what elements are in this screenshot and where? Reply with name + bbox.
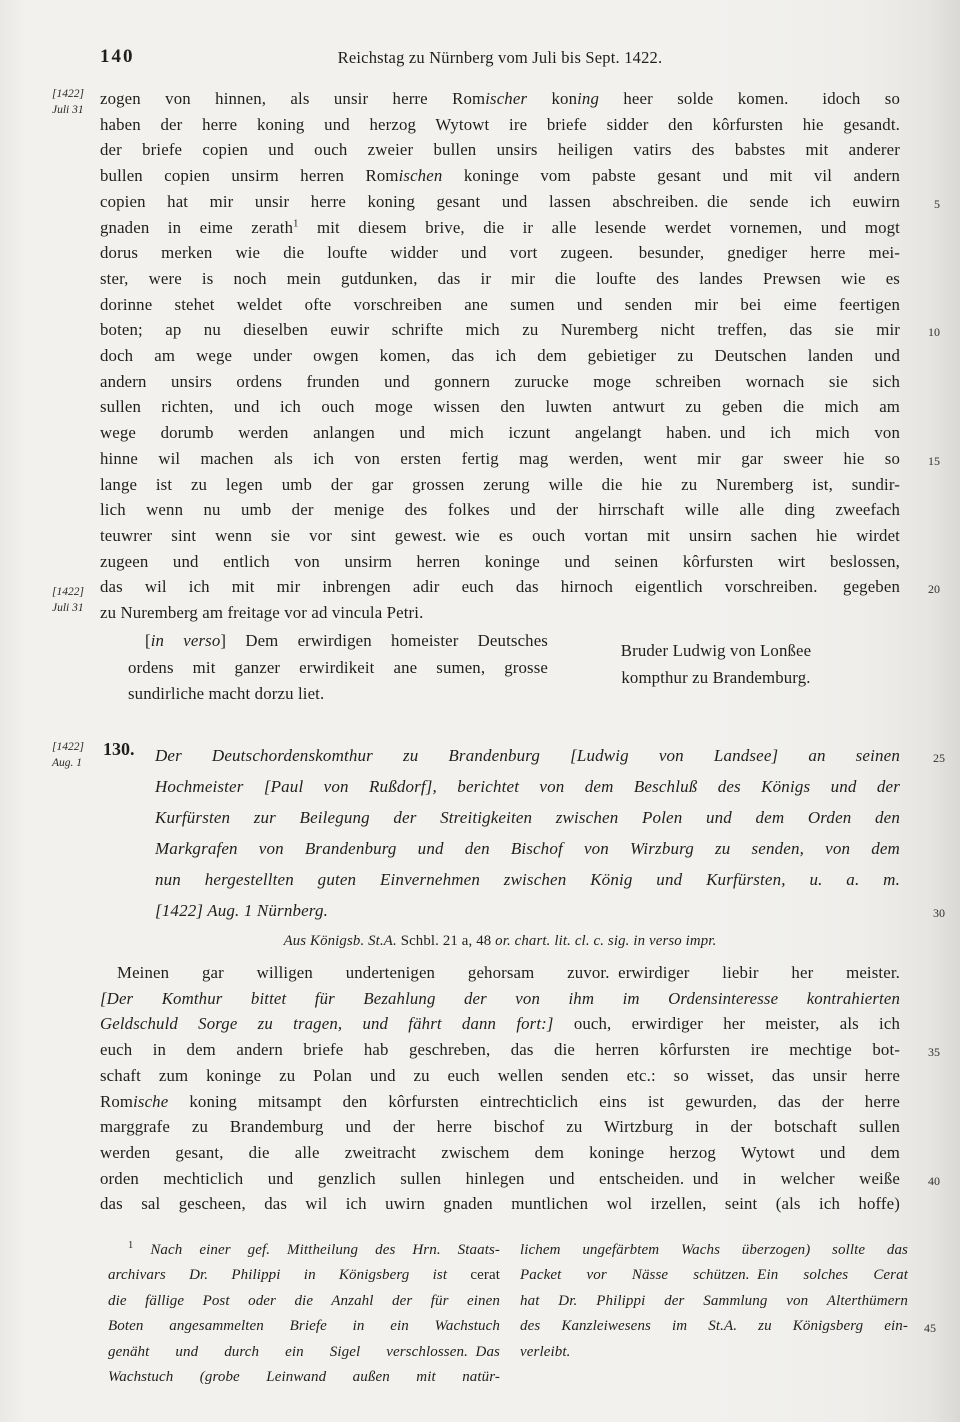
text-line: verleibt. <box>520 1340 908 1365</box>
margin-day: Aug. 1 <box>52 757 82 769</box>
text-line: das wil ich mit mir inbrengen adir euch … <box>100 574 900 600</box>
line-number: 45 <box>924 1316 936 1341</box>
document-number: 130. <box>103 739 135 760</box>
line-number: 40 <box>928 1169 940 1195</box>
text-line: wege dorumb werden anlangen und mich icz… <box>100 420 900 446</box>
line-number: 35 <box>928 1040 940 1066</box>
text-line: Meinen gar willigen undertenigen gehorsa… <box>100 960 900 986</box>
letter130-body: Meinen gar willigen undertenigen gehorsa… <box>100 960 900 1217</box>
text-line: dorinne stehet weldet ofte vorschreiben … <box>100 292 900 318</box>
text-line: das sal gescheen, das wil ich uwirn gnad… <box>100 1191 900 1217</box>
margin-year: [1422] <box>52 584 132 600</box>
text-line: teuwrer sint wenn sie vor sint gewest. w… <box>100 523 900 549</box>
text-line: genäht und durch ein Sigel verschlossen.… <box>108 1340 500 1365</box>
text-line: gnaden in eime zerath1 mit diesem brive,… <box>100 215 900 241</box>
line-number: 20 <box>928 577 940 603</box>
margin-day: Juli 31 <box>52 104 84 116</box>
text-line: marggrafe zu Brandemburg und der herre b… <box>100 1114 900 1140</box>
text-line: archivars Dr. Philippi in Königsberg ist… <box>108 1263 500 1288</box>
text-line: des Kanzleiwesens im St.A. zu Königsberg… <box>520 1314 908 1339</box>
text-line: 1 Nach einer gef. Mittheilung des Hrn. S… <box>108 1238 500 1263</box>
text-line: Bruder Ludwig von Lonßee <box>585 637 847 664</box>
text-line: doch am wege under owgen komen, das ich … <box>100 343 900 369</box>
text-line: euch in dem andern briefe hab geschreben… <box>100 1037 900 1063</box>
source-note: Aus Königsb. St.A. Schbl. 21 a, 48 or. c… <box>100 930 900 952</box>
text-line: Kurfürsten zur Beilegung der Streitigkei… <box>155 802 900 833</box>
text-line: zugeen und entlich von unsirm herren kon… <box>100 549 900 575</box>
line-number: 30 <box>933 898 945 929</box>
text-line: sullen richten, und ich ouch moge wissen… <box>100 394 900 420</box>
verso-address: [in verso] Dem erwirdigen homeister Deut… <box>128 628 548 708</box>
text-line: schaft zum koninge zu Polan und zu euch … <box>100 1063 900 1089</box>
text-line: haben der herre koning und herzog Wytowt… <box>100 112 900 138</box>
text-line: ordens mit ganzer erwirdikeit ane sumen,… <box>128 655 548 682</box>
text-line: orden mechticlich und genzlich sullen hi… <box>100 1166 900 1192</box>
text-line: sundirliche macht dorzu liet. <box>128 681 548 708</box>
line-number: 15 <box>928 449 940 475</box>
text-line: Boten angesammelten Briefe in ein Wachst… <box>108 1314 500 1339</box>
running-title: Reichstag zu Nürnberg vom Juli bis Sept.… <box>100 48 900 68</box>
text-line: hinne wil machen als ich von ersten fert… <box>100 446 900 472</box>
text-line: [1422] Aug. 1 Nürnberg.30 <box>155 895 900 926</box>
footnote-right-column: lichem ungefärbtem Wachs überzogen) soll… <box>520 1238 908 1365</box>
text-line: der briefe copien und ouch zweier bullen… <box>100 137 900 163</box>
letter129-body: zogen von hinnen, als unsir herre Romisc… <box>100 86 900 626</box>
text-line: Markgrafen von Brandenburg und den Bisch… <box>155 833 900 864</box>
text-line: ster, were is noch mein gutdunken, das i… <box>100 266 900 292</box>
text-line: Packet vor Nässe schützen. Ein solches C… <box>520 1263 908 1288</box>
text-line: [Der Komthur bittet für Bezahlung der vo… <box>100 986 900 1012</box>
text-line: nun hergestellten guten Einvernehmen zwi… <box>155 864 900 895</box>
text-line: [in verso] Dem erwirdigen homeister Deut… <box>128 628 548 655</box>
text-line: Hochmeister [Paul von Rußdorf], berichte… <box>155 771 900 802</box>
line-number: 5 <box>934 192 940 218</box>
sender-signature: Bruder Ludwig von Lonßeekompthur zu Bran… <box>585 637 847 691</box>
text-line: Wachstuch (grobe Leinwand außen mit natü… <box>108 1365 500 1390</box>
text-line: dorus merken wie die loufte widder und v… <box>100 240 900 266</box>
text-line: kompthur zu Brandemburg. <box>585 664 847 691</box>
scanned-book-page: 140 Reichstag zu Nürnberg vom Juli bis S… <box>0 0 960 1422</box>
margin-date-dateline: [1422] Juli 31 <box>52 584 132 616</box>
text-line: boten; ap nu dieselben euwir schrifte mi… <box>100 317 900 343</box>
text-line: hat Dr. Philippi der Sammlung von Altert… <box>520 1289 908 1314</box>
text-line: lichem ungefärbtem Wachs überzogen) soll… <box>520 1238 908 1263</box>
text-line: Geldschuld Sorge zu tragen, und fährt da… <box>100 1011 900 1037</box>
text-line: die fällige Post oder die Anzahl der für… <box>108 1289 500 1314</box>
text-line: Romische koning mitsampt den kôrfursten … <box>100 1089 900 1115</box>
margin-day: Juli 31 <box>52 602 84 614</box>
line-number: 10 <box>928 320 940 346</box>
text-line: Aus Königsb. St.A. Schbl. 21 a, 48 or. c… <box>100 930 900 952</box>
line-number: 25 <box>933 743 945 774</box>
text-line: Der Deutschordenskomthur zu Brandenburg … <box>155 740 900 771</box>
footnote-left-column: 1 Nach einer gef. Mittheilung des Hrn. S… <box>108 1238 500 1390</box>
text-line: zogen von hinnen, als unsir herre Romisc… <box>100 86 900 112</box>
text-line: bullen copien unsirm herren Romischen ko… <box>100 163 900 189</box>
text-line: lange ist zu legen umb der gar grossen z… <box>100 472 900 498</box>
text-line: zu Nuremberg am freitage vor ad vincula … <box>100 600 900 626</box>
regest-heading: Der Deutschordenskomthur zu Brandenburg … <box>155 740 900 926</box>
text-line: andern unsirs ordens frunden und gonnern… <box>100 369 900 395</box>
text-line: lich wenn nu umb der menige des folkes u… <box>100 497 900 523</box>
text-line: copien hat mir unsir herre koning gesant… <box>100 189 900 215</box>
text-line: werden gesant, die alle zweitracht zwisc… <box>100 1140 900 1166</box>
